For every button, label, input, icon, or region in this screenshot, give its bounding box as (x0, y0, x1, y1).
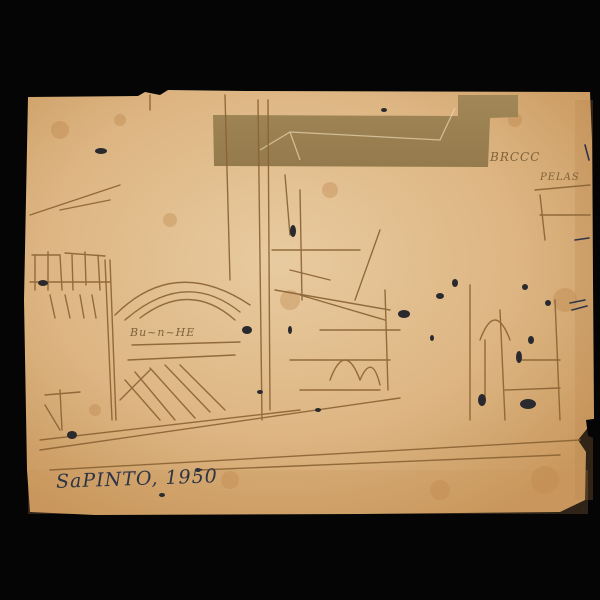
aged-paper-sketch (0, 0, 600, 600)
annotation-top-right-2: PELAS (540, 172, 580, 183)
annotation-top-right-1: BRCCC (490, 150, 540, 164)
artwork-photo: BRCCC PELAS Bu~n~HE SaPINTO, 1950 (0, 0, 600, 600)
annotation-middle-left: Bu~n~HE (130, 326, 195, 339)
